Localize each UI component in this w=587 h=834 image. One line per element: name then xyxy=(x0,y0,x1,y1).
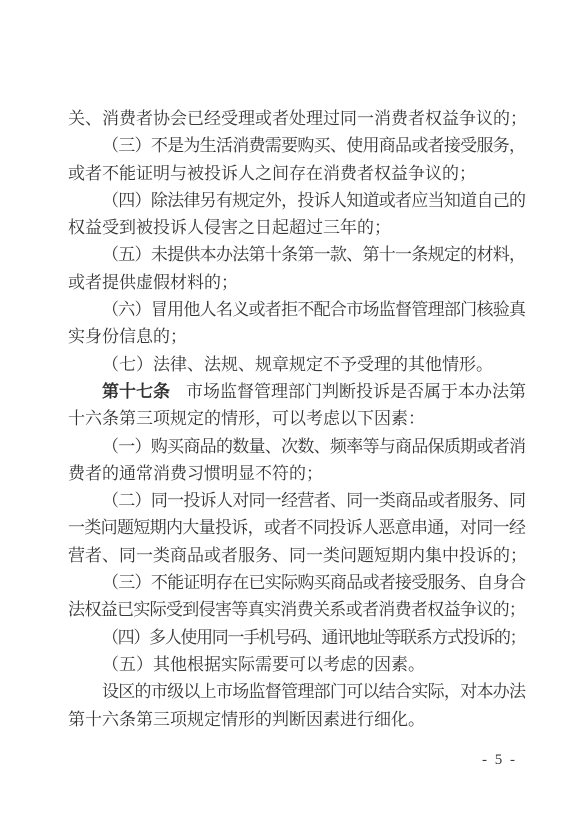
text-line: 或者提供虚假材料的； xyxy=(68,269,528,296)
line-text: （三）不是为生活消费需要购买、使用商品或者接受服务， xyxy=(102,136,525,155)
line-text: 费者的通常消费习惯明显不符的； xyxy=(68,464,323,483)
text-line: 一类问题短期内大量投诉，或者不同投诉人恶意串通，对同一经 xyxy=(68,514,528,541)
line-text: （一）购买商品的数量、次数、频率等与商品保质期或者消 xyxy=(102,437,525,456)
line-text: （六）冒用他人名义或者拒不配合市场监督管理部门核验真 xyxy=(102,300,525,319)
text-line: 第十七条市场监督管理部门判断投诉是否属于本办法第 xyxy=(68,378,528,405)
text-line: 关、消费者协会已经受理或者处理过同一消费者权益争议的； xyxy=(68,105,528,132)
text-line: 费者的通常消费习惯明显不符的； xyxy=(68,460,528,487)
document-body: 关、消费者协会已经受理或者处理过同一消费者权益争议的；（三）不是为生活消费需要购… xyxy=(68,105,528,733)
line-text: 或者提供虚假材料的； xyxy=(68,273,238,292)
text-line: 实身份信息的； xyxy=(68,323,528,350)
line-text: 一类问题短期内大量投诉，或者不同投诉人恶意串通，对同一经 xyxy=(68,518,525,537)
line-text: 第十六条第三项规定情形的判断因素进行细化。 xyxy=(68,710,425,729)
text-line: （四）除法律另有规定外，投诉人知道或者应当知道自己的 xyxy=(68,187,528,214)
line-text: （三）不能证明存在已实际购买商品或者接受服务、自身合 xyxy=(102,573,525,592)
line-text: 十六条第三项规定的情形，可以考虑以下因素： xyxy=(68,409,425,428)
text-line: （二）同一投诉人对同一经营者、同一类商品或者服务、同 xyxy=(68,487,528,514)
line-text: 关、消费者协会已经受理或者处理过同一消费者权益争议的； xyxy=(68,109,527,128)
text-line: （三）不是为生活消费需要购买、使用商品或者接受服务， xyxy=(68,132,528,159)
line-text: 或者不能证明与被投诉人之间存在消费者权益争议的； xyxy=(68,164,476,183)
document-page: 关、消费者协会已经受理或者处理过同一消费者权益争议的；（三）不是为生活消费需要购… xyxy=(0,0,587,834)
line-text: 权益受到被投诉人侵害之日起超过三年的； xyxy=(68,218,391,237)
line-text: 市场监督管理部门判断投诉是否属于本办法第 xyxy=(186,382,526,401)
text-line: （三）不能证明存在已实际购买商品或者接受服务、自身合 xyxy=(68,569,528,596)
text-line: （一）购买商品的数量、次数、频率等与商品保质期或者消 xyxy=(68,433,528,460)
line-text: （五）未提供本办法第十条第一款、第十一条规定的材料， xyxy=(102,245,525,264)
line-text: 营者、同一类商品或者服务、同一类问题短期内集中投诉的； xyxy=(68,546,527,565)
text-line: 十六条第三项规定的情形，可以考虑以下因素： xyxy=(68,405,528,432)
text-line: 营者、同一类商品或者服务、同一类问题短期内集中投诉的； xyxy=(68,542,528,569)
text-line: （五）未提供本办法第十条第一款、第十一条规定的材料， xyxy=(68,241,528,268)
text-line: 设区的市级以上市场监督管理部门可以结合实际，对本办法 xyxy=(68,678,528,705)
line-text: （二）同一投诉人对同一经营者、同一类商品或者服务、同 xyxy=(102,491,525,510)
page-number: - 5 - xyxy=(482,751,517,769)
line-text: （七）法律、法规、规章规定不予受理的其他情形。 xyxy=(102,355,493,374)
text-line: 或者不能证明与被投诉人之间存在消费者权益争议的； xyxy=(68,160,528,187)
text-line: 法权益已实际受到侵害等真实消费关系或者消费者权益争议的； xyxy=(68,596,528,623)
text-line: 第十六条第三项规定情形的判断因素进行细化。 xyxy=(68,706,528,733)
text-line: （四）多人使用同一手机号码、通讯地址等联系方式投诉的； xyxy=(68,624,528,651)
article-number: 第十七条 xyxy=(102,382,170,401)
text-line: 权益受到被投诉人侵害之日起超过三年的； xyxy=(68,214,528,241)
line-text: 实身份信息的； xyxy=(68,327,187,346)
line-text: 设区的市级以上市场监督管理部门可以结合实际，对本办法 xyxy=(102,682,525,701)
text-line: （六）冒用他人名义或者拒不配合市场监督管理部门核验真 xyxy=(68,296,528,323)
text-line: （五）其他根据实际需要可以考虑的因素。 xyxy=(68,651,528,678)
line-text: （四）除法律另有规定外，投诉人知道或者应当知道自己的 xyxy=(102,191,525,210)
line-text: （五）其他根据实际需要可以考虑的因素。 xyxy=(102,655,425,674)
line-text: （四）多人使用同一手机号码、通讯地址等联系方式投诉的； xyxy=(102,628,525,647)
line-text: 法权益已实际受到侵害等真实消费关系或者消费者权益争议的； xyxy=(68,600,525,619)
text-line: （七）法律、法规、规章规定不予受理的其他情形。 xyxy=(68,351,528,378)
